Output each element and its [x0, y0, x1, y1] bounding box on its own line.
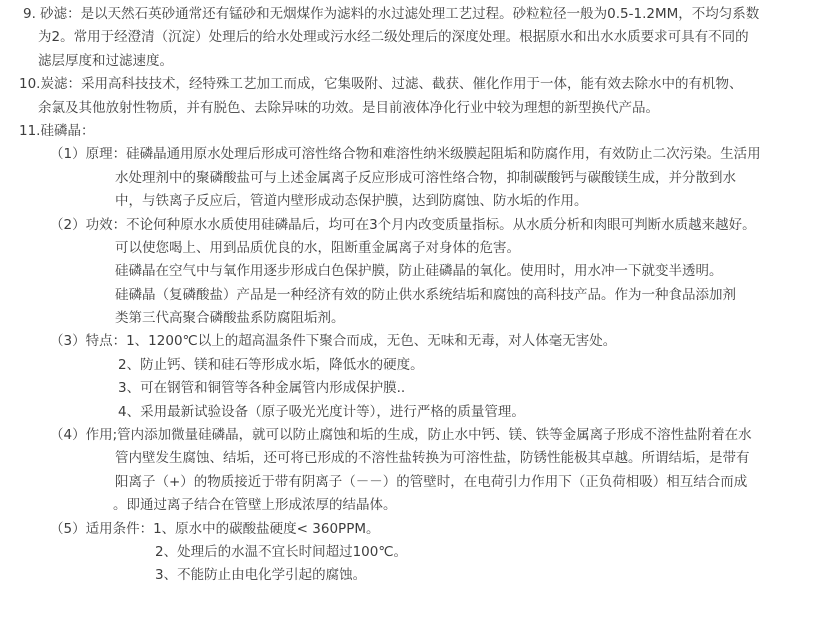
- text-line: 3、可在钢管和铜管等各种金属管内形成保护膜..: [0, 377, 818, 400]
- text-line: 中，与铁离子反应后，管道内壁形成动态保护膜，达到防腐蚀、防水垢的作用。: [0, 190, 818, 213]
- text-line: 为2。常用于经澄清（沉淀）处理后的给水处理或污水经二级处理后的深度处理。根据原水…: [0, 26, 818, 49]
- text-line: 4、采用最新试验设备（原子吸光光度计等），进行严格的质量管理。: [0, 401, 818, 424]
- text-line: 。即通过离子结合在管壁上形成浓厚的结晶体。: [0, 494, 818, 517]
- text-line: 滤层厚度和过滤速度。: [0, 50, 818, 73]
- text-line: （2）功效：不论何种原水水质使用硅磷晶后，均可在3个月内改变质量指标。从水质分析…: [0, 214, 818, 237]
- text-line: （3）特点：1、1200℃以上的超高温条件下聚合而成，无色、无味和无毒，对人体毫…: [0, 330, 818, 353]
- text-line: 2、处理后的水温不宜长时间超过100℃。: [0, 541, 818, 564]
- text-line: 2、防止钙、镁和硅石等形成水垢，降低水的硬度。: [0, 354, 818, 377]
- text-line: 11.硅磷晶：: [0, 120, 818, 143]
- text-line: （4）作用;管内添加微量硅磷晶，就可以防止腐蚀和垢的生成，防止水中钙、镁、铁等金…: [0, 424, 818, 447]
- text-line: 余氯及其他放射性物质，并有脱色、去除异味的功效。是目前液体净化行业中较为理想的新…: [0, 97, 818, 120]
- document-page: 9. 砂滤：是以天然石英砂通常还有锰砂和无烟煤作为滤料的水过滤处理工艺过程。砂粒…: [0, 0, 818, 621]
- text-line: 可以使您喝上、用到品质优良的水，阻断重金属离子对身体的危害。: [0, 237, 818, 260]
- text-line: 10.炭滤：采用高科技技术，经特殊工艺加工而成，它集吸附、过滤、截获、催化作用于…: [0, 73, 818, 96]
- text-line: 水处理剂中的聚磷酸盐可与上述金属离子反应形成可溶性络合物，抑制碳酸钙与碳酸镁生成…: [0, 167, 818, 190]
- text-line: 类第三代高聚合磷酸盐系防腐阻垢剂。: [0, 307, 818, 330]
- text-line: （1）原理：硅磷晶通用原水处理后形成可溶性络合物和难溶性纳米级膜起阻垢和防腐作用…: [0, 143, 818, 166]
- text-line: 硅磷晶在空气中与氧作用逐步形成白色保护膜，防止硅磷晶的氧化。使用时，用水冲一下就…: [0, 260, 818, 283]
- text-line: 3、不能防止由电化学引起的腐蚀。: [0, 564, 818, 587]
- text-line: 管内壁发生腐蚀、结垢，还可将已形成的不溶性盐转换为可溶性盐，防锈性能极其卓越。所…: [0, 447, 818, 470]
- document-body: 9. 砂滤：是以天然石英砂通常还有锰砂和无烟煤作为滤料的水过滤处理工艺过程。砂粒…: [0, 3, 818, 588]
- text-line: 9. 砂滤：是以天然石英砂通常还有锰砂和无烟煤作为滤料的水过滤处理工艺过程。砂粒…: [0, 3, 818, 26]
- text-line: 阳离子（+）的物质接近于带有阴离子（－－）的管壁时，在电荷引力作用下（正负荷相吸…: [0, 471, 818, 494]
- text-line: （5）适用条件：1、原水中的碳酸盐硬度< 360PPM。: [0, 518, 818, 541]
- text-line: 硅磷晶（复磷酸盐）产品是一种经济有效的防止供水系统结垢和腐蚀的高科技产品。作为一…: [0, 284, 818, 307]
